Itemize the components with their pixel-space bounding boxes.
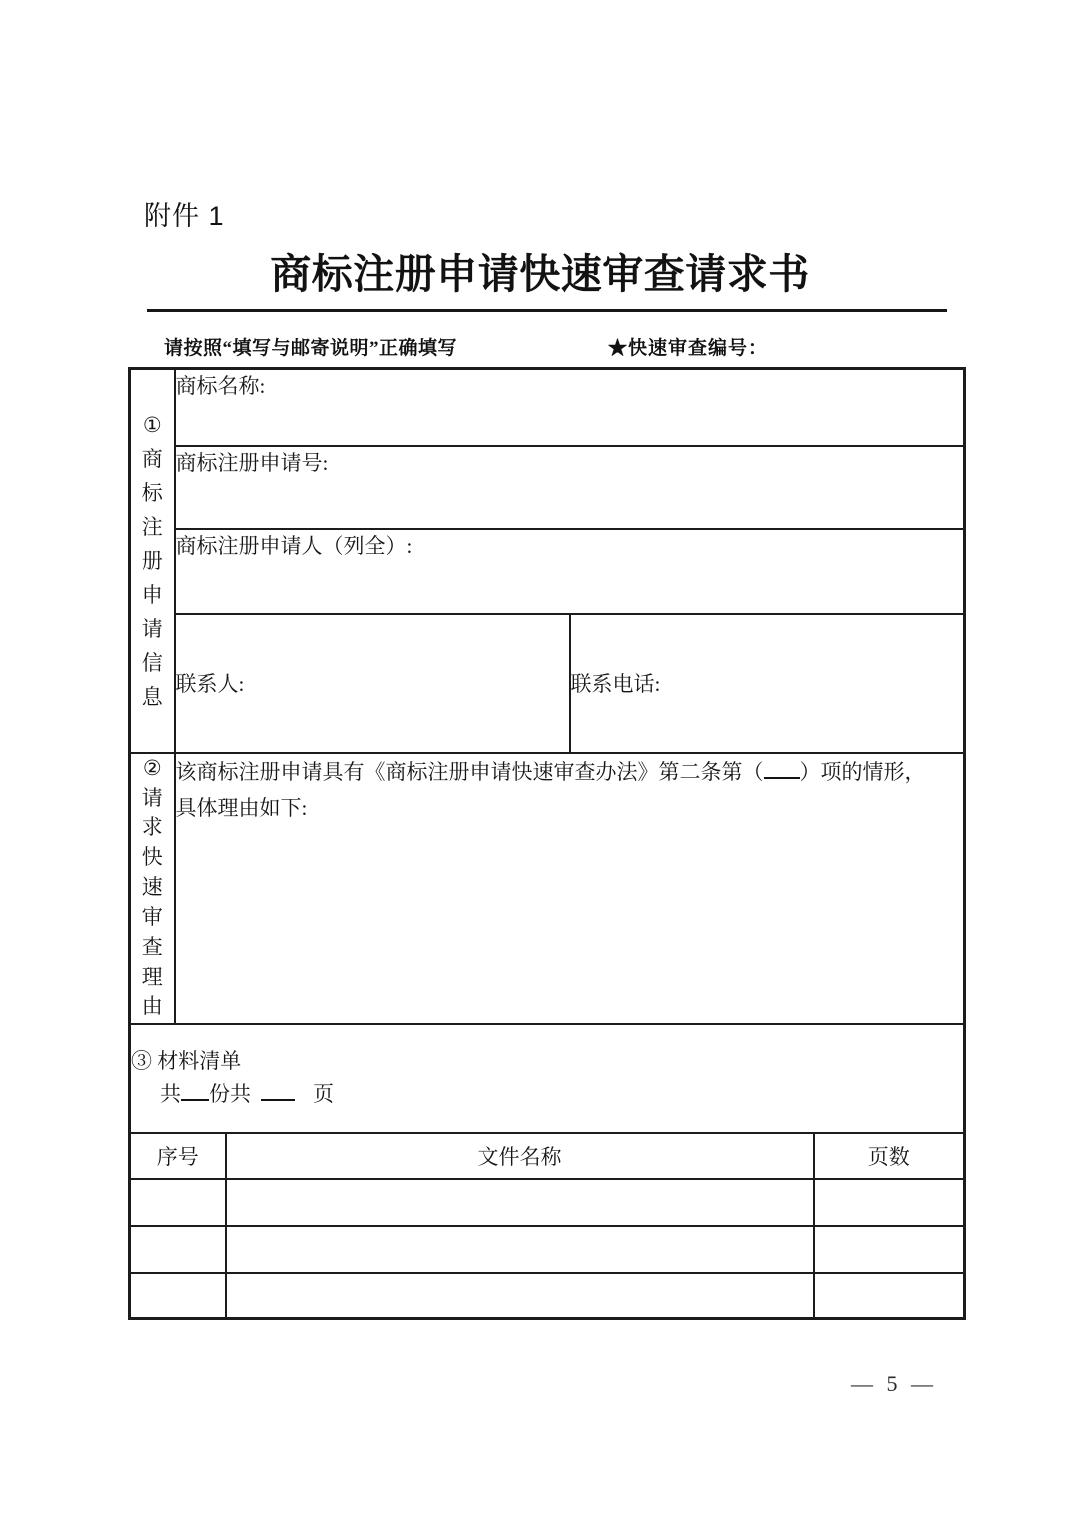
review-number-label: ★快速审查编号：	[608, 333, 768, 360]
cell-index-1	[130, 1179, 226, 1226]
count-suffix: 页	[313, 1082, 334, 1106]
cell-pages-3	[814, 1273, 965, 1319]
materials-count-line: 共份共页	[160, 1078, 963, 1111]
document-page: 附件 1 商标注册申请快速审查请求书 请按照“填写与邮寄说明”正确填写 ★快速审…	[0, 0, 1080, 1527]
contact-person-field: 联系人:	[175, 614, 570, 753]
section1-number: ①	[131, 408, 174, 442]
cell-index-2	[130, 1226, 226, 1273]
count-prefix: 共	[160, 1082, 181, 1106]
section2-vertical-label: ② 请求快速审查理由	[130, 753, 175, 1024]
application-no-field: 商标注册申请号:	[175, 446, 965, 529]
fill-instruction: 请按照“填写与邮寄说明”正确填写	[164, 333, 457, 360]
reason-text-line2: 具体理由如下:	[176, 796, 308, 820]
section3-title: 材料清单	[157, 1049, 241, 1073]
page-number: — 5 —	[851, 1371, 937, 1397]
row-contact: 联系人: 联系电话:	[130, 614, 965, 753]
count-mid: 份共	[209, 1082, 251, 1106]
materials-heading-cell: ③ 材料清单 共份共页	[130, 1024, 965, 1133]
materials-row-1	[130, 1179, 965, 1226]
cell-filename-3	[226, 1273, 814, 1319]
materials-header-row: 序号 文件名称 页数	[130, 1133, 965, 1179]
materials-row-3	[130, 1273, 965, 1319]
cell-filename-1	[226, 1179, 814, 1226]
row-application-no: 商标注册申请号:	[130, 446, 965, 529]
reason-text-after-blank: ）项的情形，	[800, 760, 926, 784]
clause-number-blank	[764, 762, 800, 779]
row-trademark-name: ① 商标注册申请信息 商标名称:	[130, 369, 965, 446]
col-header-index: 序号	[130, 1133, 226, 1179]
reason-content: 该商标注册申请具有《商标注册申请快速审查办法》第二条第（）项的情形， 具体理由如…	[175, 753, 965, 1024]
pages-blank	[261, 1084, 295, 1101]
col-header-pages: 页数	[814, 1133, 965, 1179]
materials-row-2	[130, 1226, 965, 1273]
copies-blank	[181, 1084, 209, 1101]
contact-phone-field: 联系电话:	[570, 614, 965, 753]
applicants-field: 商标注册申请人（列全）:	[175, 529, 965, 614]
row-materials-heading: ③ 材料清单 共份共页	[130, 1024, 965, 1133]
section2-number: ②	[131, 754, 174, 784]
request-form-table: ① 商标注册申请信息 商标名称: 商标注册申请号: 商标注册申请人（列全）: 联…	[128, 367, 966, 1320]
cell-filename-2	[226, 1226, 814, 1273]
page-title: 商标注册申请快速审查请求书	[130, 241, 950, 300]
row-reason: ② 请求快速审查理由 该商标注册申请具有《商标注册申请快速审查办法》第二条第（）…	[130, 753, 965, 1024]
materials-heading-line: ③ 材料清单	[131, 1045, 963, 1078]
section1-vertical-label: ① 商标注册申请信息	[130, 369, 175, 753]
reason-text-before-blank: 该商标注册申请具有《商标注册申请快速审查办法》第二条第（	[176, 760, 764, 784]
row-applicants: 商标注册申请人（列全）:	[130, 529, 965, 614]
section1-label-text: 商标注册申请信息	[141, 442, 163, 714]
section3-number: ③	[131, 1049, 152, 1073]
cell-pages-1	[814, 1179, 965, 1226]
cell-index-3	[130, 1273, 226, 1319]
attachment-label: 附件 1	[144, 194, 225, 233]
cell-pages-2	[814, 1226, 965, 1273]
section2-label-text: 请求快速审查理由	[141, 784, 163, 1023]
trademark-name-field: 商标名称:	[175, 369, 965, 446]
col-header-filename: 文件名称	[226, 1133, 814, 1179]
title-underline	[147, 309, 947, 312]
